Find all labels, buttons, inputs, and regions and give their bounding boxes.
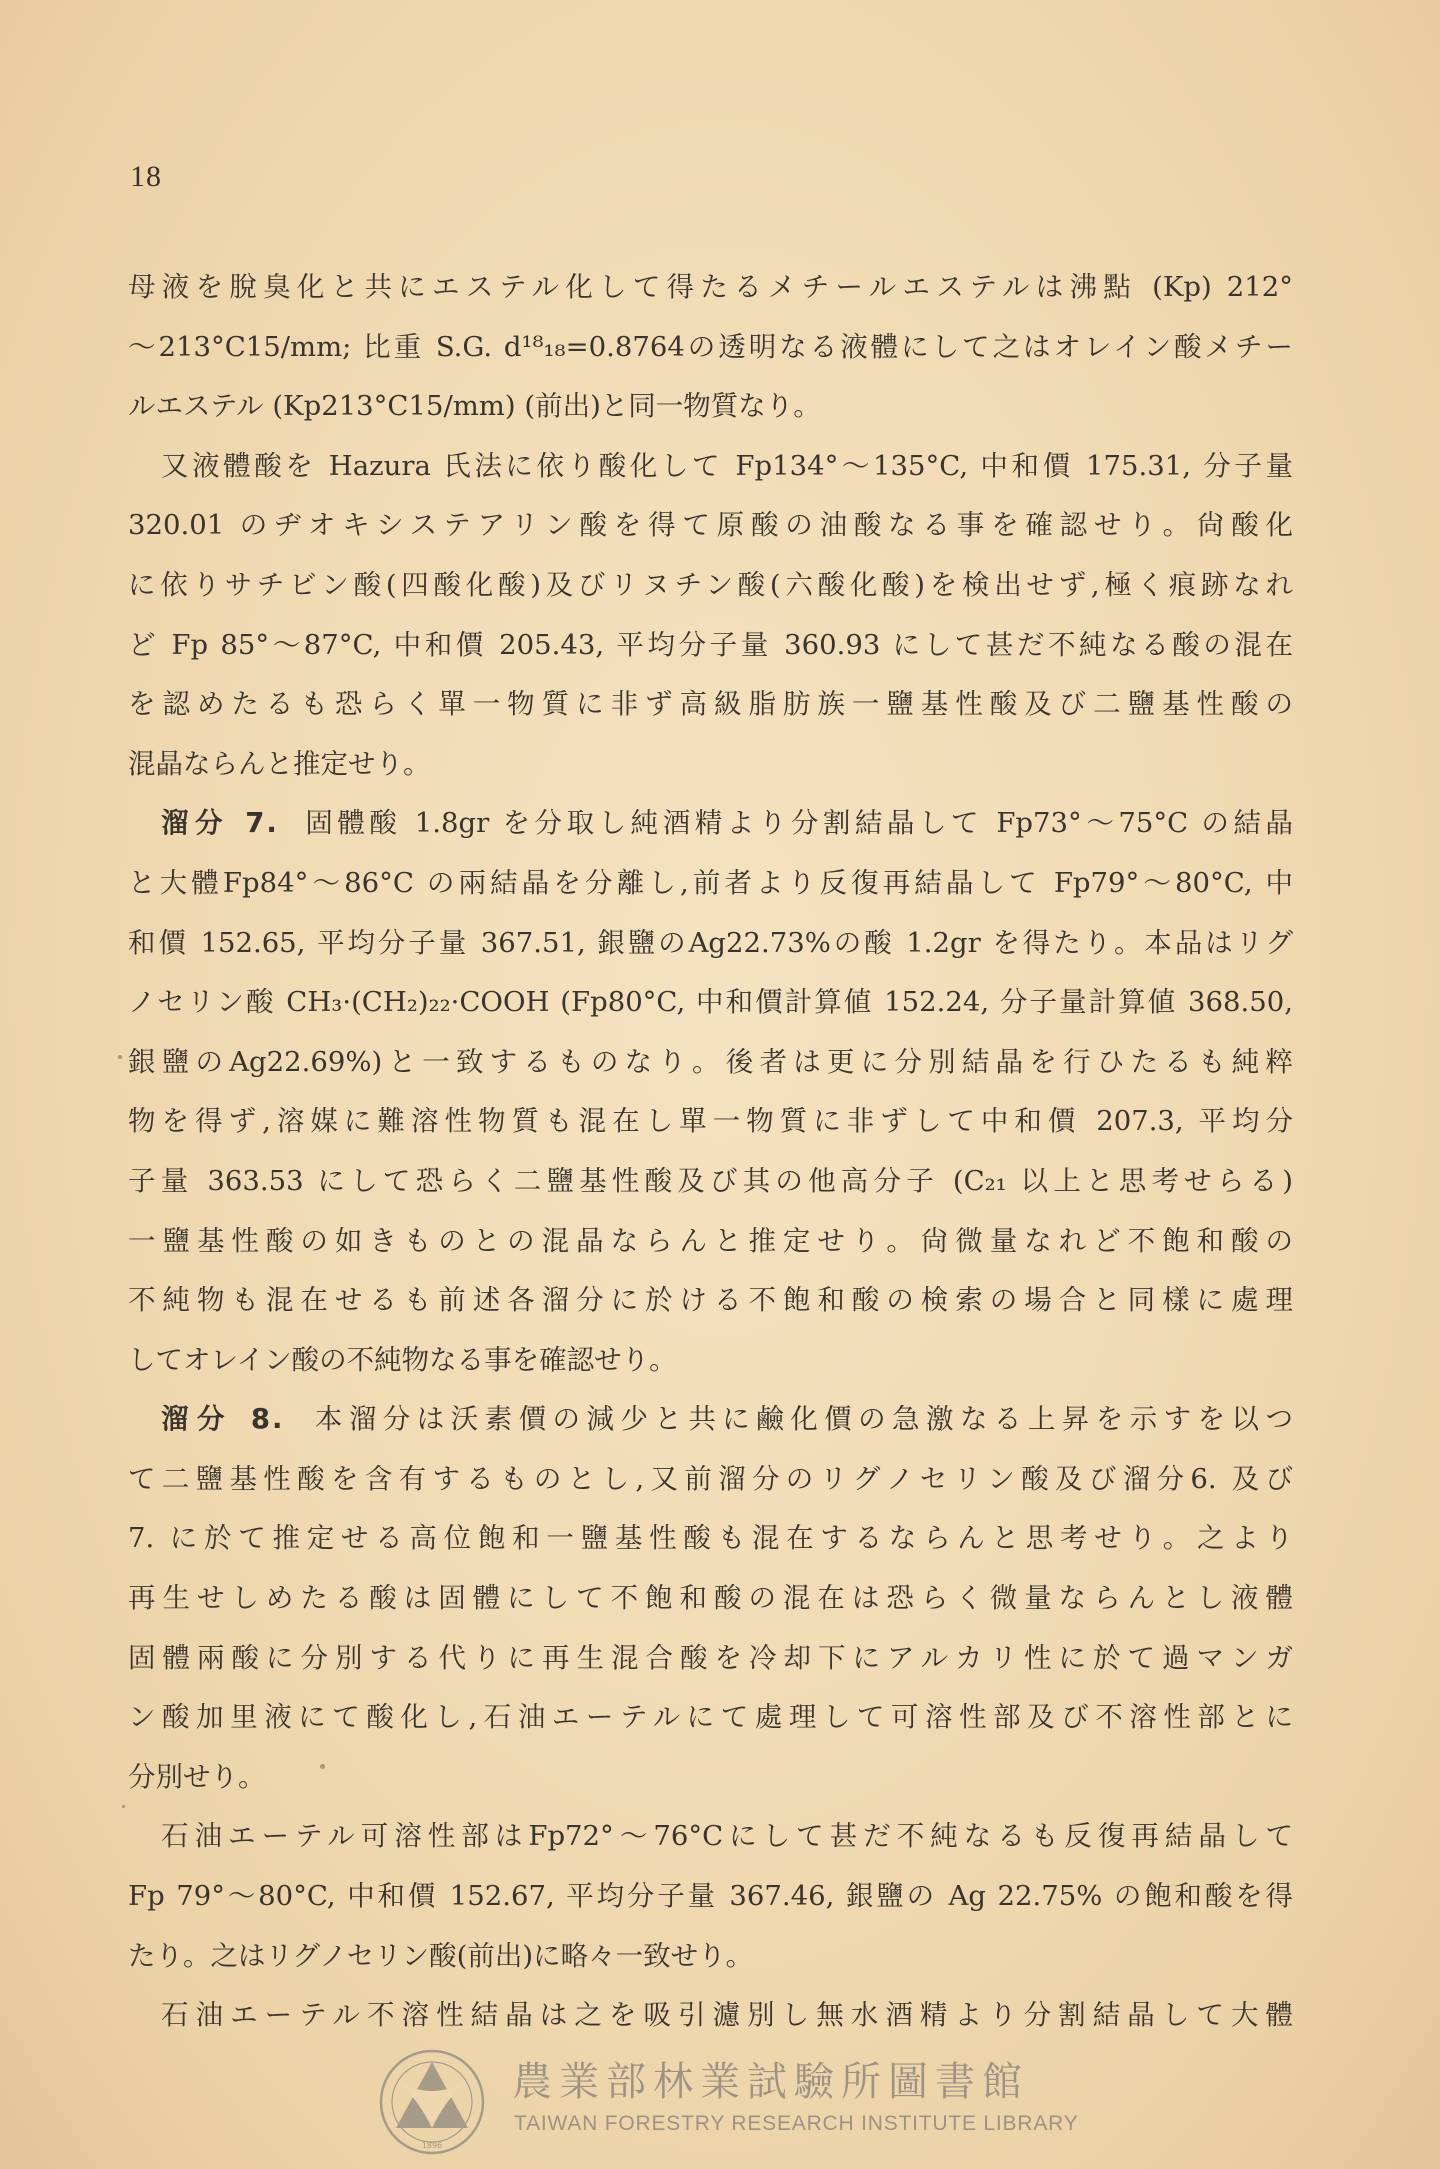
- text-line: 和價 152.65, 平均分子量 367.51, 銀鹽のAg22.73%の酸 1…: [128, 914, 1293, 974]
- text-span: 固體酸 1.8gr を分取し純酒精より分割結晶して Fp73°～75°C の結晶: [305, 807, 1293, 839]
- text-line: 固體兩酸に分別する代りに再生混合酸を冷却下にアルカリ性に於て過マンガ: [128, 1629, 1293, 1689]
- svg-text:1896: 1896: [422, 2141, 442, 2150]
- institute-seal-icon: 1896: [378, 2048, 486, 2156]
- text-line: 物を得ず,溶媒に難溶性物質も混在し單一物質に非ずして中和價 207.3, 平均分: [128, 1092, 1293, 1152]
- text-line: ン酸加里液にて酸化し,石油エーテルにて處理して可溶性部及び不溶性部とに: [128, 1688, 1293, 1748]
- text-line: Fp 79°～80°C, 中和價 152.67, 平均分子量 367.46, 銀…: [128, 1867, 1293, 1927]
- text-line: 分別せり。: [128, 1748, 1293, 1808]
- text-line: ど Fp 85°～87°C, 中和價 205.43, 平均分子量 360.93 …: [128, 616, 1293, 676]
- paragraph-2: 又液體酸を Hazura 氏法に依り酸化して Fp134°～135°C, 中和價…: [128, 437, 1293, 795]
- library-name-english: TAIWAN FORESTRY RESEARCH INSTITUTE LIBRA…: [514, 2112, 1079, 2136]
- paper-speck: [118, 1055, 122, 1059]
- library-watermark: 1896 農業部林業試驗所圖書館 TAIWAN FORESTRY RESEARC…: [378, 2040, 1078, 2160]
- text-line: してオレイン酸の不純物なる事を確認せり。: [128, 1331, 1293, 1391]
- text-line: 銀鹽のAg22.69%)と一致するものなり。後者は更に分別結晶を行ひたるも純粹: [128, 1033, 1293, 1093]
- text-line: を認めたるも恐らく單一物質に非ず高級脂肪族一鹽基性酸及び二鹽基性酸の: [128, 675, 1293, 735]
- section-label: 溜分 7.: [161, 807, 279, 839]
- text-line: と大體Fp84°～86°C の兩結晶を分離し,前者より反復再結晶して Fp79°…: [128, 854, 1293, 914]
- paragraph-fraction-7: 溜分 7. 固體酸 1.8gr を分取し純酒精より分割結晶して Fp73°～75…: [128, 794, 1293, 1390]
- text-line: て二鹽基性酸を含有するものとし,又前溜分のリグノセリン酸及び溜分6. 及び: [128, 1450, 1293, 1510]
- paragraph-5: 石油エーテル可溶性部はFp72°～76°Cにして甚だ不純なるも反復再結晶して F…: [128, 1807, 1293, 1986]
- text-line: 石油エーテル可溶性部はFp72°～76°Cにして甚だ不純なるも反復再結晶して: [128, 1807, 1293, 1867]
- text-line: たり。之はリグノセリン酸(前出)に略々一致せり。: [128, 1927, 1293, 1987]
- text-line: 母液を脫臭化と共にエステル化して得たるメチールエステルは沸點 (Kp) 212°: [128, 258, 1293, 318]
- text-line: に依りサチビン酸(四酸化酸)及びリヌチン酸(六酸化酸)を検出せず,極く痕跡なれ: [128, 556, 1293, 616]
- text-line: ノセリン酸 CH₃·(CH₂)₂₂·COOH (Fp80°C, 中和價計算値 1…: [128, 973, 1293, 1033]
- text-line: ルエステル (Kp213°C15/mm) (前出)と同一物質なり。: [128, 377, 1293, 437]
- document-page: 18 母液を脫臭化と共にエステル化して得たるメチールエステルは沸點 (Kp) 2…: [0, 0, 1440, 2169]
- library-name-chinese: 農業部林業試驗所圖書館: [512, 2050, 1029, 2107]
- text-line: 7. に於て推定せる高位飽和一鹽基性酸も混在するならんと思考せり。之より: [128, 1509, 1293, 1569]
- text-line: 溜分 8. 本溜分は沃素價の減少と共に鹼化價の急激なる上昇を示すを以つ: [128, 1390, 1293, 1450]
- paper-speck: [158, 768, 165, 775]
- text-line: ～213°C15/mm; 比重 S.G. d¹⁸₁₈=0.8764の透明なる液體…: [128, 318, 1293, 378]
- text-span: 本溜分は沃素價の減少と共に鹼化價の急激なる上昇を示すを以つ: [315, 1403, 1293, 1435]
- text-line: 又液體酸を Hazura 氏法に依り酸化して Fp134°～135°C, 中和價…: [128, 437, 1293, 497]
- section-label: 溜分 8.: [161, 1403, 285, 1435]
- text-line: 一鹽基性酸の如きものとの混晶ならんと推定せり。尙微量なれど不飽和酸の: [128, 1212, 1293, 1272]
- body-text: 母液を脫臭化と共にエステル化して得たるメチールエステルは沸點 (Kp) 212°…: [128, 258, 1293, 2046]
- text-line: 再生せしめたる酸は固體にして不飽和酸の混在は恐らく微量ならんとし液體: [128, 1569, 1293, 1629]
- text-line: 320.01 のヂオキシステアリン酸を得て原酸の油酸なる事を確認せり。尙酸化: [128, 496, 1293, 556]
- text-line: 子量 363.53 にして恐らく二鹽基性酸及び其の他高分子 (C₂₁ 以上と思考…: [128, 1152, 1293, 1212]
- text-line: 石油エーテル不溶性結晶は之を吸引濾別し無水酒精より分割結晶して大體: [128, 1986, 1293, 2046]
- paragraph-1: 母液を脫臭化と共にエステル化して得たるメチールエステルは沸點 (Kp) 212°…: [128, 258, 1293, 437]
- paper-speck: [122, 1805, 125, 1808]
- text-line: 不純物も混在せるも前述各溜分に於ける不飽和酸の検索の場合と同樣に處理: [128, 1271, 1293, 1331]
- paragraph-fraction-8: 溜分 8. 本溜分は沃素價の減少と共に鹼化價の急激なる上昇を示すを以つ て二鹽基…: [128, 1390, 1293, 1807]
- paragraph-6: 石油エーテル不溶性結晶は之を吸引濾別し無水酒精より分割結晶して大體: [128, 1986, 1293, 2046]
- paper-speck: [320, 1764, 325, 1769]
- text-line: 混晶ならんと推定せり。: [128, 735, 1293, 795]
- page-number: 18: [130, 160, 162, 194]
- text-line: 溜分 7. 固體酸 1.8gr を分取し純酒精より分割結晶して Fp73°～75…: [128, 794, 1293, 854]
